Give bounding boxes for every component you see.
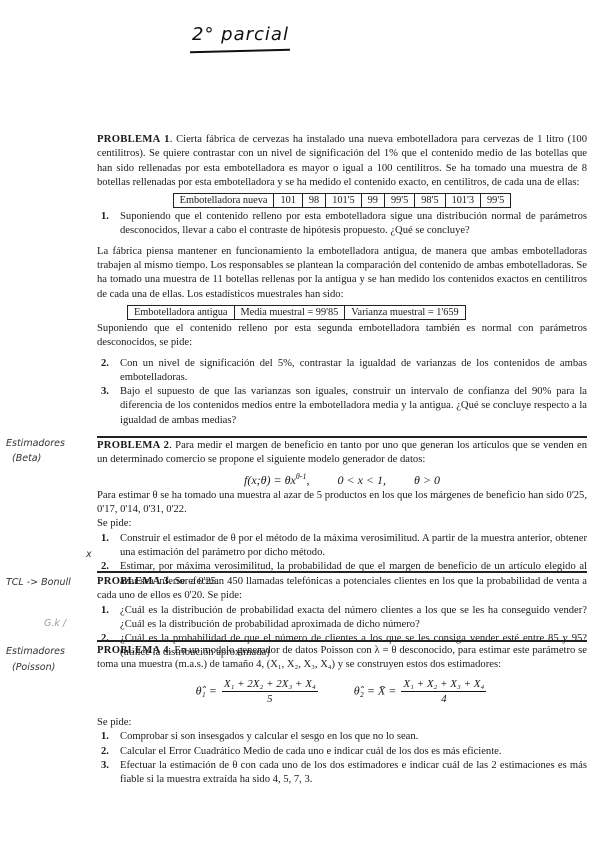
list-item: 3. Bajo el supuesto de que las varianzas…	[97, 385, 587, 428]
divider	[97, 436, 587, 438]
margin-note-estimadores-beta: Estimadores	[6, 437, 65, 450]
table-cell: 99'5	[481, 193, 511, 208]
problem-1-label: PROBLEMA 1	[97, 134, 170, 145]
problem-1: PROBLEMA 1. Cierta fábrica de cervezas h…	[97, 133, 587, 428]
title-underline	[190, 49, 290, 54]
table-cell: 99'5	[385, 193, 415, 208]
table-cell: 101	[274, 193, 302, 208]
divider	[97, 640, 587, 642]
table-cell: 98'5	[415, 193, 445, 208]
list-item: 1. Suponiendo que el contenido relleno p…	[97, 210, 587, 239]
problem-2: PROBLEMA 2. Para medir el margen de bene…	[97, 439, 587, 589]
margin-note-mark: x	[86, 548, 92, 561]
table-cell: 101'3	[446, 193, 481, 208]
problem-4-label: PROBLEMA 4	[97, 645, 169, 656]
list-item: 1. ¿Cuál es la distribución de probabili…	[97, 604, 587, 633]
margin-note-beta: (Beta)	[12, 452, 41, 465]
problem-2-paragraph-2: Para estimar θ se ha tomado una muestra …	[97, 489, 587, 518]
table-cell-variance: Varianza muestral = 1'659	[345, 305, 465, 320]
problem-2-label: PROBLEMA 2	[97, 440, 169, 451]
list-item: 1. Comprobar si son insesgados y calcula…	[97, 730, 587, 744]
margin-note-estimadores-poisson: Estimadores	[6, 645, 65, 658]
estimator-1-fraction: X₁ + 2X₂ + 2X₃ + X₄ 5	[222, 677, 318, 707]
table-cell: 98	[303, 193, 326, 208]
density-formula: f(x;θ) = θxθ-1,0 < x < 1,θ > 0	[97, 470, 587, 487]
estimator-2-fraction: X₁ + X₂ + X₃ + X₄ 4	[401, 677, 486, 707]
margin-note-tcl: TCL -> Bonull	[6, 576, 71, 589]
estimators-formula: θ̂₁ = X₁ + 2X₂ + 2X₃ + X₄ 5 θ̂₂ = X̄ = X…	[97, 677, 587, 707]
table-cell-mean: Media muestral = 99'85	[235, 305, 346, 320]
problem-3-intro: PROBLEMA 3. Se efectúan 450 llamadas tel…	[97, 575, 587, 604]
divider	[97, 571, 587, 573]
problem-4-questions: 1. Comprobar si son insesgados y calcula…	[97, 730, 587, 787]
problem-1-questions-a: 1. Suponiendo que el contenido relleno p…	[97, 210, 587, 239]
table-embotelladora-antigua: Embotelladora antigua Media muestral = 9…	[127, 305, 587, 320]
problem-1-paragraph-3: Suponiendo que el contenido relleno por …	[97, 322, 587, 351]
problem-2-intro: PROBLEMA 2. Para medir el margen de bene…	[97, 439, 587, 468]
table-cell: 101'5	[326, 193, 361, 208]
problem-1-questions-b: 2. Con un nivel de significación del 5%,…	[97, 357, 587, 428]
margin-note-poisson: (Poisson)	[12, 661, 55, 674]
problem-4-intro: PROBLEMA 4. En un modelo generador de da…	[97, 644, 587, 673]
list-item: 2. Con un nivel de significación del 5%,…	[97, 357, 587, 386]
list-item: 3. Efectuar la estimación de θ con cada …	[97, 759, 587, 788]
table-label: Embotelladora antigua	[127, 305, 235, 320]
list-item: 2. Calcular el Error Cuadrático Medio de…	[97, 745, 587, 759]
list-item: 1. Construir el estimador de θ por el mé…	[97, 532, 587, 561]
margin-note-gk: G.k /	[44, 617, 66, 630]
se-pide: Se pide:	[97, 716, 587, 730]
table-cell: 99	[362, 193, 385, 208]
problem-3-label: PROBLEMA 3	[97, 576, 169, 587]
problem-1-intro: PROBLEMA 1. Cierta fábrica de cervezas h…	[97, 133, 587, 190]
table-label: Embotelladora nueva	[173, 193, 275, 208]
problem-1-paragraph-2: La fábrica piensa mantener en funcionami…	[97, 245, 587, 302]
table-embotelladora-nueva: Embotelladora nueva 101 98 101'5 99 99'5…	[97, 193, 587, 208]
problem-4: PROBLEMA 4. En un modelo generador de da…	[97, 644, 587, 788]
se-pide: Se pide:	[97, 517, 587, 531]
page-title: 2° parcial	[192, 24, 289, 45]
